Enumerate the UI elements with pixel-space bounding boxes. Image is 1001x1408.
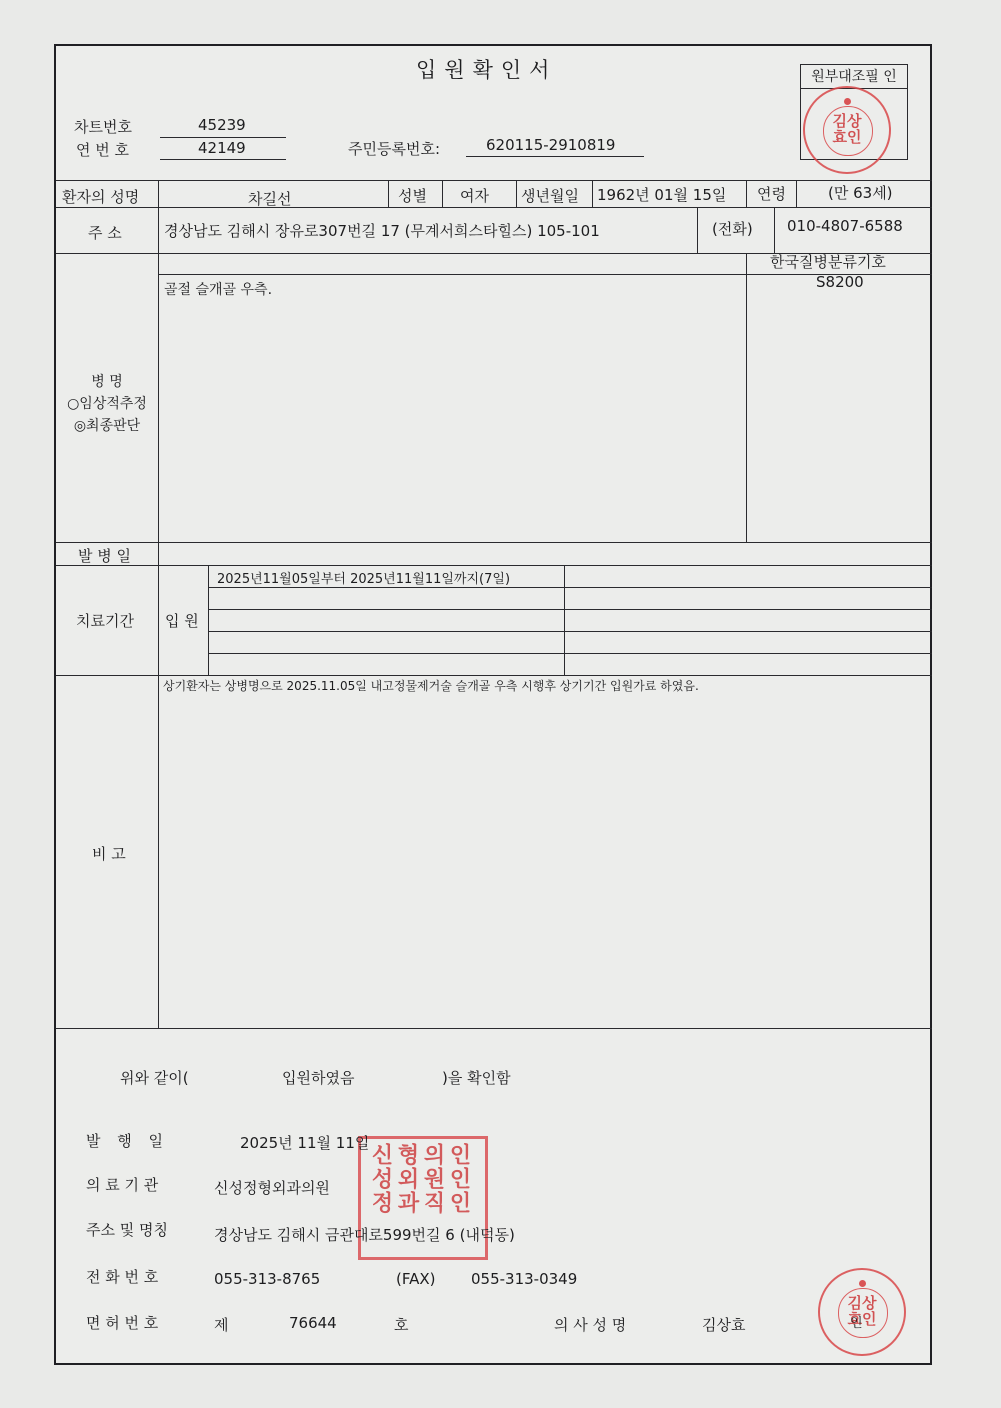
phone-label: (전화)	[712, 218, 753, 239]
confirm-middle: 입원하였음	[282, 1067, 354, 1088]
seal-mark: 인	[850, 1312, 863, 1331]
serial-no-label: 연 번 호	[76, 139, 129, 160]
phone-value: 010-4807-6588	[787, 217, 903, 235]
onset-label: 발 병 일	[78, 545, 131, 566]
sex-label: 성별	[398, 185, 427, 206]
diagnosis-label: 병 명 ○임상적추정 ◎최종판단	[56, 371, 158, 437]
license-label: 면 허 번 호	[86, 1312, 158, 1333]
serial-no: 42149	[198, 139, 246, 157]
institution-address: 경상남도 김해시 금관대로599번길 6 (내덕동)	[214, 1224, 515, 1245]
document-title: 입원확인서	[416, 54, 557, 84]
doctor-name-label: 의 사 성 명	[554, 1314, 626, 1335]
remarks-label: 비 고	[92, 843, 126, 864]
license-number: 76644	[289, 1314, 337, 1332]
doctor-seal-stamp-top: 김상효인	[803, 86, 891, 174]
institution-fax: 055-313-0349	[471, 1270, 577, 1288]
admission-certificate: 입원확인서 원부대조필 인 김상효인 차트번호 45239 연 번 호 4214…	[54, 44, 932, 1365]
treatment-label: 치료기간	[76, 610, 134, 631]
institution-phone: 055-313-8765	[214, 1270, 320, 1288]
fax-label: (FAX)	[396, 1270, 436, 1288]
patient-name-label: 환자의 성명	[62, 186, 139, 207]
rrn-value: 620115-2910819	[486, 136, 615, 154]
treatment-period: 2025년11월05일부터 2025년11월11일까지(7일)	[217, 568, 510, 587]
kcd-code: S8200	[816, 273, 864, 291]
license-suffix: 호	[394, 1314, 409, 1335]
patient-name: 차길선	[248, 188, 291, 209]
rrn-label: 주민등록번호:	[348, 138, 440, 159]
doctor-name: 김상효	[702, 1314, 745, 1335]
address-value: 경상남도 김해시 장유로307번길 17 (무계서희스타힐스) 105-101	[164, 220, 600, 241]
address-label: 주 소	[88, 222, 122, 243]
sex-value: 여자	[460, 185, 489, 206]
seal-box-label: 원부대조필 인	[801, 66, 907, 89]
issue-date: 2025년 11월 11일	[240, 1132, 369, 1153]
remarks-text: 상기환자는 상병명으로 2025.11.05일 내고정물제거술 슬개골 우측 시…	[163, 677, 699, 694]
dob-label: 생년월일	[521, 185, 579, 206]
treatment-type: 입 원	[165, 610, 199, 631]
diagnosis-name: 골절 슬개골 우측.	[164, 279, 272, 299]
dob-value: 1962년 01월 15일	[597, 184, 726, 205]
license-prefix: 제	[214, 1314, 229, 1335]
phone-number-label: 전 화 번 호	[86, 1266, 158, 1287]
institution-label: 의 료 기 관	[86, 1174, 158, 1195]
confirm-prefix: 위와 같이(	[120, 1067, 189, 1088]
age-label: 연령	[757, 183, 786, 204]
kcd-header: 한국질병분류기호	[770, 251, 886, 272]
chart-no: 45239	[198, 116, 246, 134]
confirm-suffix: )을 확인함	[442, 1067, 511, 1088]
address-name-label: 주소 및 명칭	[86, 1219, 168, 1240]
age-value: (만 63세)	[828, 182, 893, 203]
chart-no-label: 차트번호	[74, 116, 132, 137]
institution-name: 신성정형외과의원	[214, 1177, 330, 1198]
issue-date-label: 발 행 일	[86, 1130, 169, 1151]
